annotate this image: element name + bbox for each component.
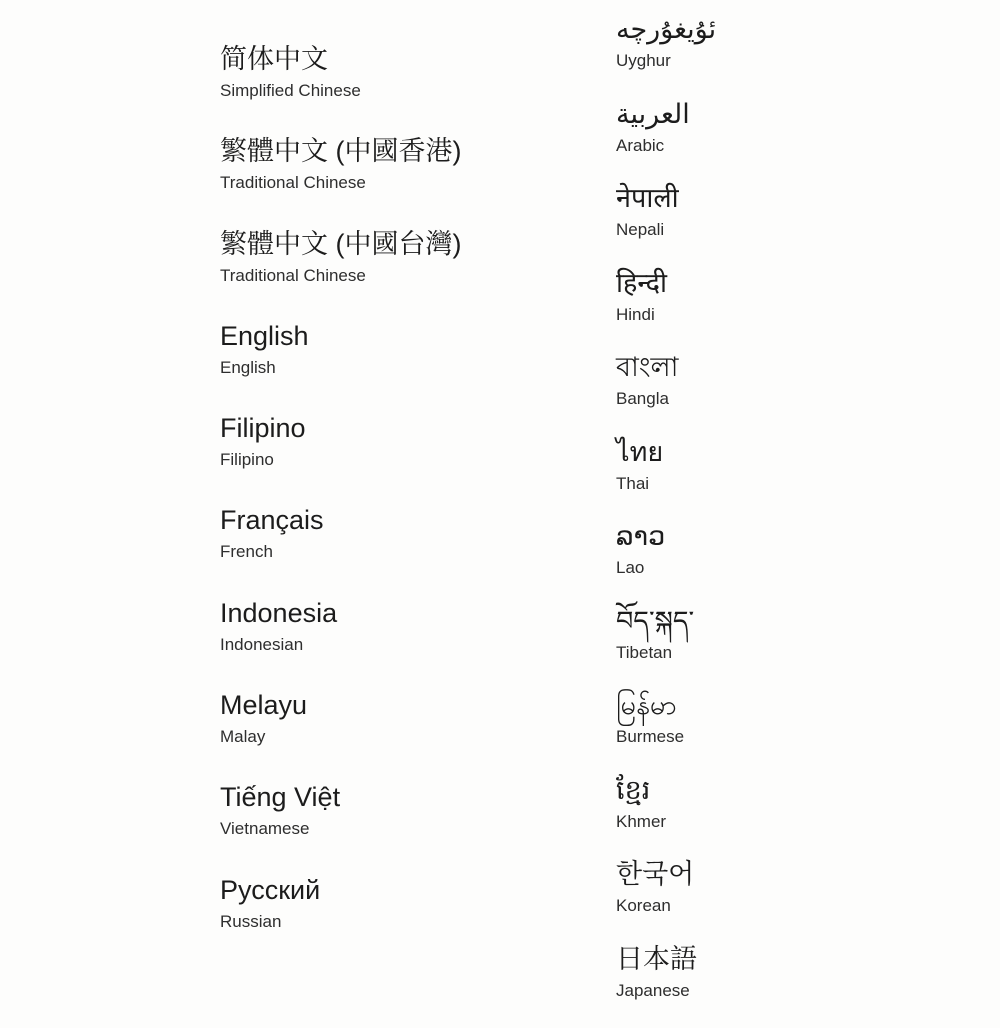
language-native-label: हिन्दी	[616, 266, 996, 300]
language-option-khmer[interactable]: ខ្មែរ Khmer	[616, 773, 996, 858]
language-native-label: ខ្មែរ	[616, 773, 996, 807]
language-option-russian[interactable]: Русский Russian	[220, 873, 600, 965]
language-english-label: French	[220, 540, 600, 564]
language-english-label: Simplified Chinese	[220, 79, 600, 103]
language-native-label: नेपाली	[616, 181, 996, 215]
language-native-label: বাংলা	[616, 350, 996, 384]
language-native-label: 简体中文	[220, 42, 600, 76]
language-option-tibetan[interactable]: བོད་སྐད་ Tibetan	[616, 604, 996, 689]
language-english-label: Bangla	[616, 387, 996, 411]
language-native-label: ລາວ	[616, 519, 996, 553]
language-option-simplified-chinese[interactable]: 简体中文 Simplified Chinese	[220, 42, 600, 134]
language-option-traditional-chinese-hk[interactable]: 繁體中文 (中國香港) Traditional Chinese	[220, 134, 600, 226]
language-native-label: English	[220, 319, 600, 353]
language-option-thai[interactable]: ไทย Thai	[616, 435, 996, 520]
language-option-uyghur[interactable]: ئۇيغۇرچە Uyghur	[616, 12, 996, 97]
language-native-label: العربية	[616, 97, 996, 131]
language-native-label: 繁體中文 (中國台灣)	[220, 227, 600, 261]
language-english-label: Lao	[616, 556, 996, 580]
language-english-label: Traditional Chinese	[220, 264, 600, 288]
language-option-bangla[interactable]: বাংলা Bangla	[616, 350, 996, 435]
language-native-label: 繁體中文 (中國香港)	[220, 134, 600, 168]
language-english-label: Nepali	[616, 218, 996, 242]
language-native-label: Tiếng Việt	[220, 780, 600, 814]
language-option-lao[interactable]: ລາວ Lao	[616, 519, 996, 604]
language-native-label: ئۇيغۇرچە	[616, 12, 996, 46]
language-english-label: Malay	[220, 725, 600, 749]
language-english-label: Japanese	[616, 979, 996, 1003]
language-english-label: Vietnamese	[220, 817, 600, 841]
language-option-arabic[interactable]: العربية Arabic	[616, 97, 996, 182]
language-english-label: Russian	[220, 910, 600, 934]
language-native-label: Français	[220, 503, 600, 537]
language-native-label: Русский	[220, 873, 600, 907]
language-option-malay[interactable]: Melayu Malay	[220, 688, 600, 780]
language-option-japanese[interactable]: 日本語 Japanese	[616, 942, 996, 1027]
language-option-nepali[interactable]: नेपाली Nepali	[616, 181, 996, 266]
language-english-label: Burmese	[616, 725, 996, 749]
language-english-label: Hindi	[616, 303, 996, 327]
language-native-label: ไทย	[616, 435, 996, 469]
language-english-label: Thai	[616, 472, 996, 496]
language-option-indonesian[interactable]: Indonesia Indonesian	[220, 596, 600, 688]
language-list-left-column: 简体中文 Simplified Chinese 繁體中文 (中國香港) Trad…	[220, 42, 600, 965]
language-option-vietnamese[interactable]: Tiếng Việt Vietnamese	[220, 780, 600, 872]
language-native-label: မြန်မာ	[616, 688, 996, 722]
language-native-label: Indonesia	[220, 596, 600, 630]
language-english-label: Korean	[616, 894, 996, 918]
language-option-english[interactable]: English English	[220, 319, 600, 411]
language-english-label: English	[220, 356, 600, 380]
language-english-label: Traditional Chinese	[220, 171, 600, 195]
language-native-label: Filipino	[220, 411, 600, 445]
language-option-hindi[interactable]: हिन्दी Hindi	[616, 266, 996, 351]
language-english-label: Uyghur	[616, 49, 996, 73]
language-english-label: Tibetan	[616, 641, 996, 665]
language-english-label: Khmer	[616, 810, 996, 834]
language-native-label: 日本語	[616, 942, 996, 976]
language-english-label: Indonesian	[220, 633, 600, 657]
language-option-filipino[interactable]: Filipino Filipino	[220, 411, 600, 503]
language-list-right-column: ئۇيغۇرچە Uyghur العربية Arabic नेपाली Ne…	[616, 12, 996, 1026]
language-english-label: Arabic	[616, 134, 996, 158]
language-english-label: Filipino	[220, 448, 600, 472]
language-native-label: Melayu	[220, 688, 600, 722]
language-option-korean[interactable]: 한국어 Korean	[616, 857, 996, 942]
language-native-label: བོད་སྐད་	[616, 604, 996, 638]
language-option-burmese[interactable]: မြန်မာ Burmese	[616, 688, 996, 773]
language-option-traditional-chinese-tw[interactable]: 繁體中文 (中國台灣) Traditional Chinese	[220, 227, 600, 319]
language-option-french[interactable]: Français French	[220, 503, 600, 595]
language-native-label: 한국어	[616, 857, 996, 891]
